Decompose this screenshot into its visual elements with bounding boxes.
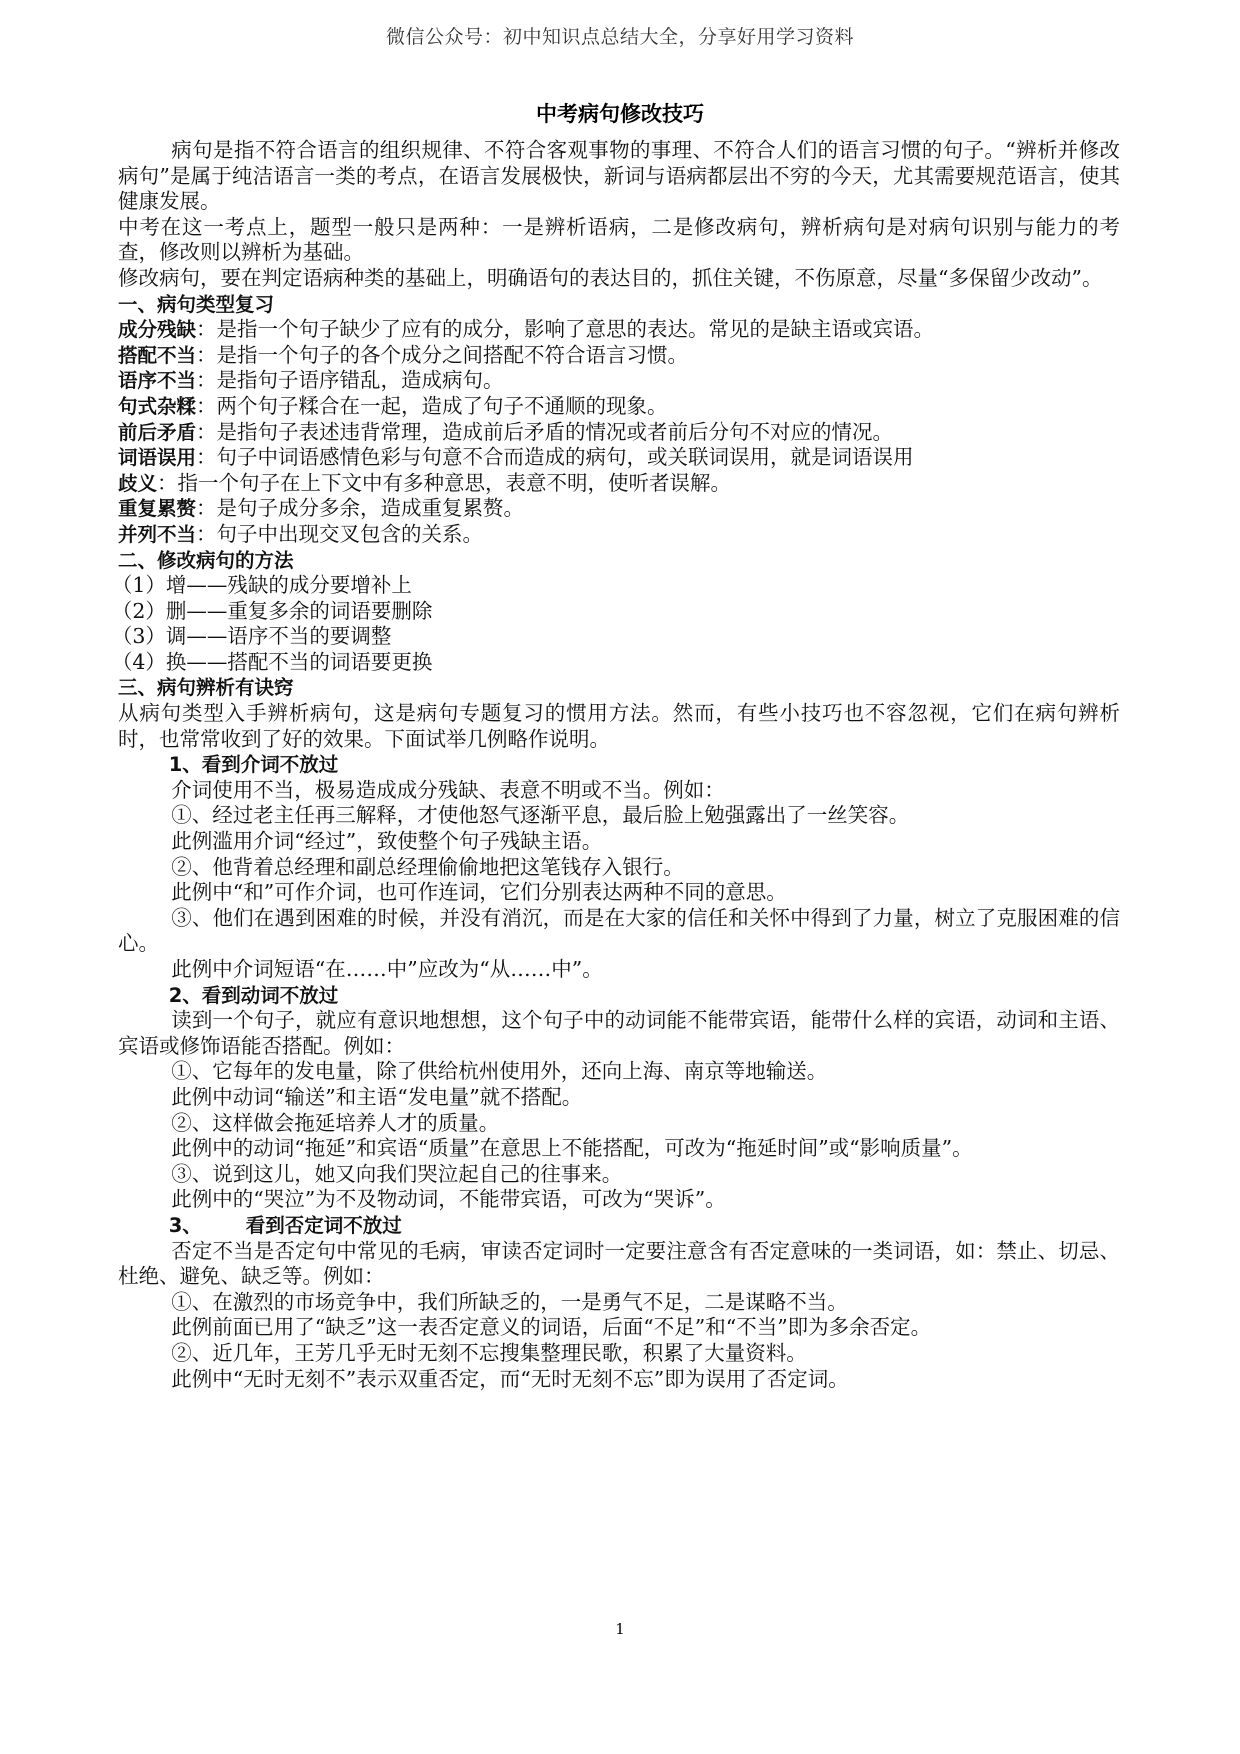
example-sentence: ②、他背着总经理和副总经理偷偷地把这笔钱存入银行。	[118, 855, 1120, 881]
type-item: 并列不当：句子中出现交叉包含的关系。	[118, 522, 1120, 548]
example-analysis: 此例中的“哭泣”为不及物动词，不能带宾语，可改为“哭诉”。	[118, 1187, 1120, 1213]
example-analysis: 此例前面已用了“缺乏”这一表否定意义的词语，后面“不足”和“不当”即为多余否定。	[118, 1315, 1120, 1341]
example-sentence: ①、它每年的发电量，除了供给杭州使用外，还向上海、南京等地输送。	[118, 1059, 1120, 1085]
method-item: （2）删——重复多余的词语要删除	[118, 599, 1120, 625]
type-item: 搭配不当：是指一个句子的各个成分之间搭配不符合语言习惯。	[118, 343, 1120, 369]
subheading-number: 3、	[169, 1214, 202, 1237]
type-item: 前后矛盾：是指句子表述违背常理，造成前后矛盾的情况或者前后分句不对应的情况。	[118, 420, 1120, 446]
section-heading-tips: 三、病句辨析有诀窍	[118, 675, 1120, 701]
document-title: 中考病句修改技巧	[0, 98, 1240, 128]
type-term: 重复累赘	[118, 497, 196, 520]
type-desc: ：是指句子表述违背常理，造成前后矛盾的情况或者前后分句不对应的情况。	[196, 420, 893, 444]
section-heading-methods: 二、修改病句的方法	[118, 548, 1120, 574]
type-term: 前后矛盾	[118, 421, 196, 444]
type-term: 语序不当	[118, 369, 196, 392]
page-number: 1	[0, 1620, 1240, 1638]
example-analysis: 此例中的动词“拖延”和宾语“质量”在意思上不能搭配，可改为“拖延时间”或“影响质…	[118, 1136, 1120, 1162]
type-term: 词语误用	[118, 446, 196, 469]
example-analysis: 此例中介词短语“在……中”应改为“从……中”。	[118, 957, 1120, 983]
method-item: （3）调——语序不当的要调整	[118, 624, 1120, 650]
tips-intro: 从病句类型入手辨析病句，这是病句专题复习的惯用方法。然而，有些小技巧也不容忽视，…	[118, 701, 1120, 752]
example-analysis: 此例中“和”可作介词，也可作连词，它们分别表达两种不同的意思。	[118, 880, 1120, 906]
type-desc: ：两个句子糅合在一起，造成了句子不通顺的现象。	[196, 394, 668, 418]
example-sentence: ②、近几年，王芳几乎无时无刻不忘搜集整理民歌，积累了大量资料。	[118, 1341, 1120, 1367]
type-item: 句式杂糅：两个句子糅合在一起，造成了句子不通顺的现象。	[118, 394, 1120, 420]
type-term: 搭配不当	[118, 344, 196, 367]
type-desc: ：是句子成分多余，造成重复累赘。	[196, 496, 524, 520]
example-analysis: 此例中“无时无刻不”表示双重否定，而“无时无刻不忘”即为误用了否定词。	[118, 1367, 1120, 1393]
intro-paragraph: 修改病句，要在判定语病种类的基础上，明确语句的表达目的，抓住关键，不伤原意，尽量…	[118, 266, 1120, 292]
method-item: （4）换——搭配不当的词语要更换	[118, 650, 1120, 676]
type-term: 成分残缺	[118, 318, 196, 341]
type-item: 成分残缺：是指一个句子缺少了应有的成分，影响了意思的表达。常见的是缺主语或宾语。	[118, 317, 1120, 343]
type-desc: ：是指一个句子缺少了应有的成分，影响了意思的表达。常见的是缺主语或宾语。	[196, 317, 934, 341]
section-heading-types: 一、病句类型复习	[118, 292, 1120, 318]
type-item: 词语误用：句子中词语感情色彩与句意不合而造成的病句，或关联词误用，就是词语误用	[118, 445, 1120, 471]
example-sentence: ①、经过老主任再三解释，才使他怒气逐渐平息，最后脸上勉强露出了一丝笑容。	[118, 803, 1120, 829]
example-sentence: ①、在激烈的市场竞争中，我们所缺乏的，一是勇气不足，二是谋略不当。	[118, 1290, 1120, 1316]
body-line: 否定不当是否定句中常见的毛病，审读否定词时一定要注意含有否定意味的一类词语，如：…	[118, 1239, 1120, 1290]
body-line: 读到一个句子，就应有意识地想想，这个句子中的动词能不能带宾语，能带什么样的宾语，…	[118, 1008, 1120, 1059]
intro-paragraph: 病句是指不符合语言的组织规律、不符合客观事物的事理、不符合人们的语言习惯的句子。…	[118, 138, 1120, 215]
example-sentence: ③、他们在遇到困难的时候，并没有消沉，而是在大家的信任和关怀中得到了力量，树立了…	[118, 906, 1120, 957]
subheading-verbs: 2、看到动词不放过	[118, 983, 1120, 1009]
body-line: 介词使用不当，极易造成成分残缺、表意不明或不当。例如：	[118, 778, 1120, 804]
type-item: 歧义：指一个句子在上下文中有多种意思，表意不明，使听者误解。	[118, 471, 1120, 497]
type-item: 语序不当：是指句子语序错乱，造成病句。	[118, 368, 1120, 394]
document-body: 病句是指不符合语言的组织规律、不符合客观事物的事理、不符合人们的语言习惯的句子。…	[118, 138, 1120, 1392]
subheading-prepositions: 1、看到介词不放过	[118, 752, 1120, 778]
example-analysis: 此例滥用介词“经过”，致使整个句子残缺主语。	[118, 829, 1120, 855]
page-header: 微信公众号：初中知识点总结大全，分享好用学习资料	[0, 22, 1240, 49]
subheading-text: 看到否定词不放过	[246, 1214, 402, 1237]
type-desc: ：句子中出现交叉包含的关系。	[196, 522, 483, 546]
intro-paragraph: 中考在这一考点上，题型一般只是两种：一是辨析语病，二是修改病句，辨析病句是对病句…	[118, 215, 1120, 266]
method-item: （1）增——残缺的成分要增补上	[118, 573, 1120, 599]
type-item: 重复累赘：是句子成分多余，造成重复累赘。	[118, 496, 1120, 522]
type-term: 并列不当	[118, 523, 196, 546]
example-sentence: ③、说到这儿，她又向我们哭泣起自己的往事来。	[118, 1162, 1120, 1188]
type-desc: ：是指句子语序错乱，造成病句。	[196, 368, 504, 392]
type-term: 句式杂糅	[118, 395, 196, 418]
type-desc: ：句子中词语感情色彩与句意不合而造成的病句，或关联词误用，就是词语误用	[196, 445, 914, 469]
type-desc: ：是指一个句子的各个成分之间搭配不符合语言习惯。	[196, 343, 688, 367]
example-analysis: 此例中动词“输送”和主语“发电量”就不搭配。	[118, 1085, 1120, 1111]
type-desc: ：指一个句子在上下文中有多种意思，表意不明，使听者误解。	[157, 471, 731, 495]
type-term: 歧义	[118, 472, 157, 495]
example-sentence: ②、这样做会拖延培养人才的质量。	[118, 1111, 1120, 1137]
subheading-negation: 3、看到否定词不放过	[118, 1213, 1120, 1239]
